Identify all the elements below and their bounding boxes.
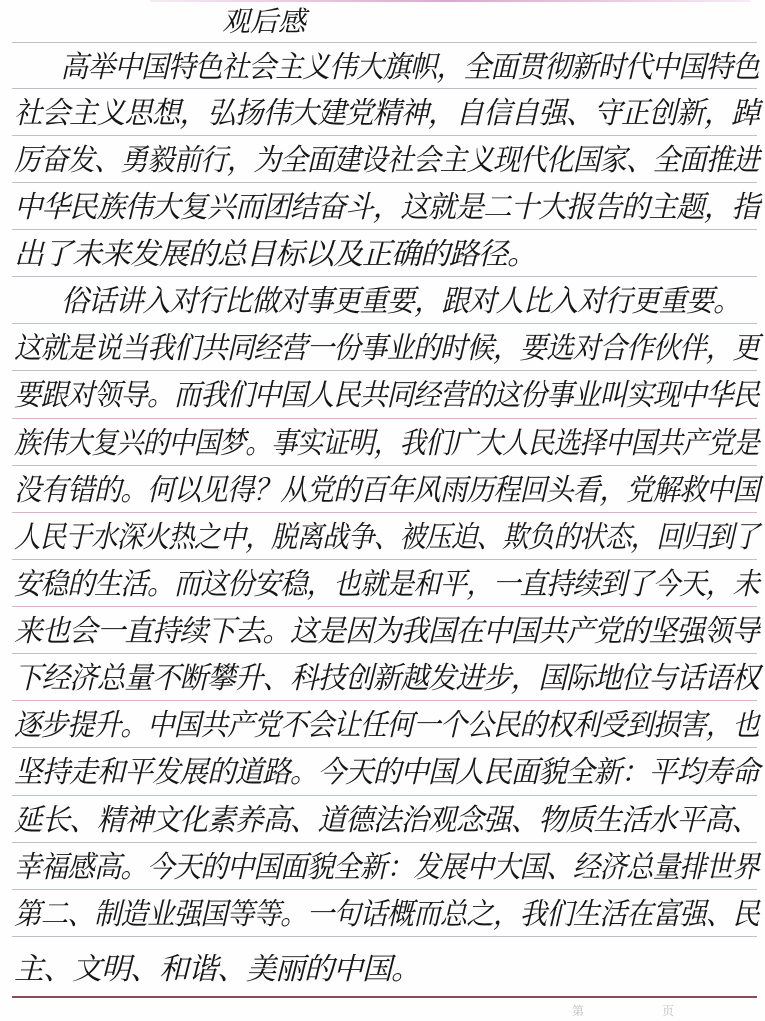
lined-paper-page: 观后感 高举中国特色社会主义伟大旗帜，全面贯彻新时代中国特色 社会主义思想，弘扬… <box>0 0 765 1021</box>
text-line: 族伟大复兴的中国梦。事实证明，我们广大人民选择中国共产党是 <box>14 424 674 464</box>
ruled-line <box>12 182 757 183</box>
ruled-line <box>12 42 757 43</box>
ruled-line <box>12 842 757 843</box>
ruled-line <box>12 418 757 419</box>
text-line: 人民于水深火热之中，脱离战争、被压迫、欺负的状态，回归到了 <box>14 518 674 558</box>
text-line: 第二、制造业强国等等。一句话概而总之，我们生活在富强、民 <box>14 895 698 935</box>
text-line: 俗话讲入对行比做对事更重要，跟对人比入对行更重要。 <box>14 282 759 322</box>
ruled-line <box>12 747 757 748</box>
text-line: 中华民族伟大复兴而团结奋斗，这就是二十大报告的主题，指 <box>14 188 723 228</box>
text-line: 没有错的。何以见得？从党的百年风雨历程回头看，党解救中国 <box>14 471 698 511</box>
text-line: 主、文明、和谐、美丽的中国。 <box>14 950 759 990</box>
page-label-prefix: 第 <box>572 1002 584 1019</box>
ruled-line <box>12 936 757 937</box>
text-line: 下经济总量不断攀升、科技创新越发进步，国际地位与话语权 <box>14 659 723 699</box>
top-edge-line <box>150 0 750 2</box>
text-line: 逐步提升。中国共产党不会让任何一个公民的权利受到损害，也 <box>14 706 698 746</box>
text-line: 坚持走和平发展的道路。今天的中国人民面貌全新：平均寿命 <box>14 753 723 793</box>
ruled-line <box>12 229 757 230</box>
text-line: 这就是说当我们共同经营一份事业的时候，要选对合作伙伴，更 <box>14 329 698 369</box>
text-line: 来也会一直持续下去。这是因为我国在中国共产党的坚强领导 <box>14 612 723 652</box>
ruled-line <box>12 559 757 560</box>
text-line: 幸福感高。今天的中国面貌全新：发展中大国、经济总量排世界 <box>14 848 698 888</box>
ruled-line <box>12 370 757 371</box>
page-label-suffix: 页 <box>662 1002 674 1019</box>
ruled-line <box>12 700 757 701</box>
ruled-line <box>12 276 757 277</box>
final-ruled-line <box>12 996 757 998</box>
document-title: 观后感 <box>222 4 306 40</box>
text-line: 社会主义思想，弘扬伟大建党精神，自信自强、守正创新，踔 <box>14 94 723 134</box>
ruled-line <box>12 795 757 796</box>
ruled-line <box>12 606 757 607</box>
ruled-line <box>12 465 757 466</box>
ruled-line <box>12 512 757 513</box>
text-line: 高举中国特色社会主义伟大旗帜，全面贯彻新时代中国特色 <box>14 48 751 88</box>
ruled-line <box>12 653 757 654</box>
ruled-line <box>12 323 757 324</box>
text-line: 要跟对领导。而我们中国人民共同经营的这份事业叫实现中华民 <box>14 376 698 416</box>
text-line: 安稳的生活。而这份安稳，也就是和平，一直持续到了今天，未 <box>14 565 698 605</box>
ruled-line <box>12 889 757 890</box>
text-line: 出了未来发展的总目标以及正确的路径。 <box>14 235 759 275</box>
ruled-line <box>12 88 757 89</box>
text-line: 厉奋发、勇毅前行，为全面建设社会主义现代化国家、全面推进 <box>14 141 698 181</box>
text-line: 延长、精神文化素养高、道德法治观念强、物质生活水平高、 <box>14 801 723 841</box>
ruled-line <box>12 135 757 136</box>
